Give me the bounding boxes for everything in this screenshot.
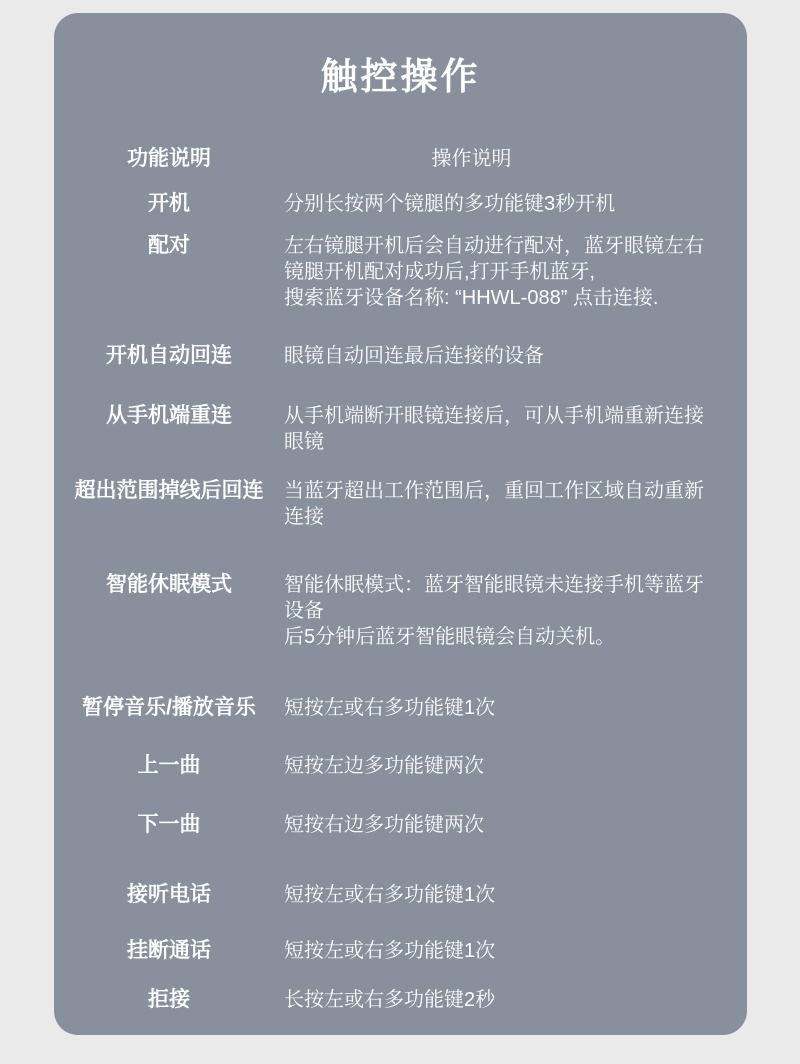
column-header-function: 功能说明 [54,146,284,172]
operation-text: 左右镜腿开机后会自动进行配对，蓝牙眼镜左右 镜腿开机配对成功后,打开手机蓝牙, … [284,233,747,311]
table-row-hang-up-call: 挂断通话 短按左或右多功能键1次 [54,938,747,964]
table-row-next-track: 下一曲 短按右边多功能键两次 [54,812,747,838]
function-label: 下一曲 [54,812,284,838]
table-row-pairing: 配对 左右镜腿开机后会自动进行配对，蓝牙眼镜左右 镜腿开机配对成功后,打开手机蓝… [54,233,747,311]
function-label: 挂断通话 [54,938,284,964]
function-label: 开机自动回连 [54,343,284,369]
touch-control-instruction-card: 触控操作 功能说明 操作说明 开机 分别长按两个镜腿的多功能键3秒开机 配对 左… [54,13,747,1035]
operation-text: 当蓝牙超出工作范围后，重回工作区域自动重新连接 [284,478,747,530]
function-label: 拒接 [54,987,284,1013]
table-row-answer-call: 接听电话 短按左或右多功能键1次 [54,882,747,908]
table-row-previous-track: 上一曲 短按左边多功能键两次 [54,753,747,779]
table-row-out-of-range-reconnect: 超出范围掉线后回连 当蓝牙超出工作范围后，重回工作区域自动重新连接 [54,478,747,530]
column-header-operation: 操作说明 [284,146,747,172]
table-row-power-on: 开机 分别长按两个镜腿的多功能键3秒开机 [54,191,747,217]
function-label: 智能休眠模式 [54,572,284,598]
operation-text: 眼镜自动回连最后连接的设备 [284,343,747,369]
operation-text: 短按左或右多功能键1次 [284,882,747,908]
function-label: 接听电话 [54,882,284,908]
table-row-pause-play-music: 暂停音乐/播放音乐 短按左或右多功能键1次 [54,695,747,721]
operation-text: 分别长按两个镜腿的多功能键3秒开机 [284,191,747,217]
operation-text: 短按左或右多功能键1次 [284,695,747,721]
function-label: 从手机端重连 [54,403,284,429]
operation-text: 短按左或右多功能键1次 [284,938,747,964]
operation-text: 长按左或右多功能键2秒 [284,987,747,1013]
function-label: 配对 [54,233,284,259]
table-row-auto-reconnect: 开机自动回连 眼镜自动回连最后连接的设备 [54,343,747,369]
table-row-reject-call: 拒接 长按左或右多功能键2秒 [54,987,747,1013]
operation-text: 短按左边多功能键两次 [284,753,747,779]
function-label: 超出范围掉线后回连 [54,478,284,504]
operation-text: 短按右边多功能键两次 [284,812,747,838]
operation-text: 智能休眠模式：蓝牙智能眼镜未连接手机等蓝牙设备 后5分钟后蓝牙智能眼镜会自动关机… [284,572,747,650]
table-row-smart-sleep-mode: 智能休眠模式 智能休眠模式：蓝牙智能眼镜未连接手机等蓝牙设备 后5分钟后蓝牙智能… [54,572,747,650]
function-label: 暂停音乐/播放音乐 [54,695,284,721]
function-label: 上一曲 [54,753,284,779]
page-title: 触控操作 [54,13,747,97]
table-header-row: 功能说明 操作说明 [54,146,747,172]
table-row-reconnect-from-phone: 从手机端重连 从手机端断开眼镜连接后，可从手机端重新连接 眼镜 [54,403,747,455]
operation-text: 从手机端断开眼镜连接后，可从手机端重新连接 眼镜 [284,403,747,455]
function-label: 开机 [54,191,284,217]
